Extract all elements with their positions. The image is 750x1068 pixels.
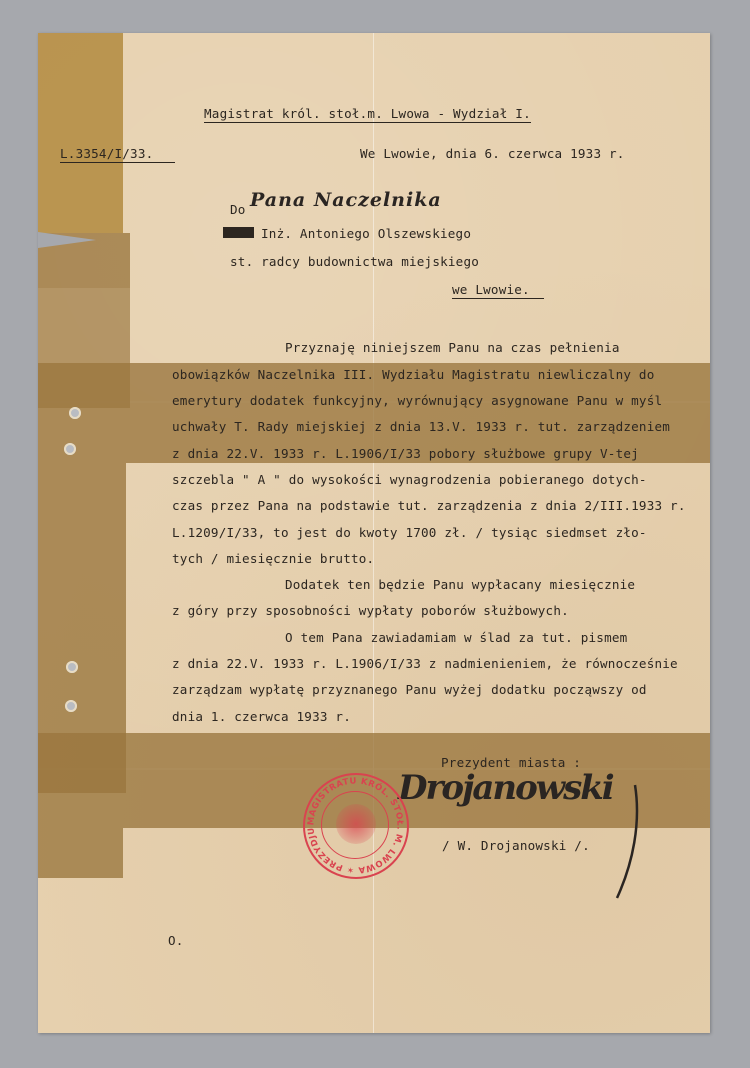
office-header: Magistrat król. stoł.m. Lwowa - Wydział … — [204, 106, 531, 123]
typed-signatory: / W. Drojanowski /. — [442, 838, 590, 853]
paper-tear — [38, 232, 96, 248]
struck-word: Pana — [223, 227, 254, 238]
addressee-position: st. radcy budownictwa miejskiego — [230, 254, 479, 269]
body-line: tych / miesięcznie brutto. — [172, 551, 374, 566]
official-stamp: MAGISTRATU KRÓL. STOŁ. M. LWOWA ✶ PREZYD… — [303, 773, 409, 879]
punch-hole — [65, 700, 77, 712]
body-line: obowiązków Naczelnika III. Wydziału Magi… — [172, 367, 655, 382]
body-line: O tem Pana zawiadamiam w ślad za tut. pi… — [285, 630, 627, 645]
punch-hole — [66, 661, 78, 673]
tape-strip — [38, 828, 123, 878]
punch-hole — [64, 443, 76, 455]
handwritten-title: Pana Naczelnika — [250, 189, 442, 211]
addressee-prefix: Do — [230, 202, 246, 217]
body-line: z dnia 22.V. 1933 r. L.1906/I/33 pobory … — [172, 446, 639, 461]
body-line: z góry przy sposobności wypłaty poborów … — [172, 603, 569, 618]
addressee-name: Inż. Antoniego Olszewskiego — [261, 226, 471, 241]
body-line: szczebla " A " do wysokości wynagrodzeni… — [172, 472, 647, 487]
body-line: Przyznaję niniejszem Panu na czas pełnie… — [285, 340, 620, 355]
body-line: L.1209/I/33, to jest do kwoty 1700 zł. /… — [172, 525, 647, 540]
body-line: czas przez Pana na podstawie tut. zarząd… — [172, 498, 686, 513]
handwritten-signature: Drojanowski — [398, 768, 613, 808]
addressee-city: we Lwowie. — [452, 282, 544, 299]
tape-strip — [38, 33, 123, 233]
body-line: Dodatek ten będzie Panu wypłacany miesię… — [285, 577, 635, 592]
body-line: dnia 1. czerwca 1933 r. — [172, 709, 351, 724]
punch-hole — [69, 407, 81, 419]
footer-mark: O. — [168, 933, 184, 948]
reference-number: L.3354/I/33. — [60, 146, 175, 163]
svg-text:MAGISTRATU KRÓL. STOŁ. M. LWOW: MAGISTRATU KRÓL. STOŁ. M. LWOWA ✶ PREZYD… — [305, 775, 405, 875]
body-line: uchwały T. Rady miejskiej z dnia 13.V. 1… — [172, 419, 670, 434]
body-line: zarządzam wypłatę przyznanego Panu wyżej… — [172, 682, 647, 697]
place-date: We Lwowie, dnia 6. czerwca 1933 r. — [360, 146, 625, 161]
body-line: z dnia 22.V. 1933 r. L.1906/I/33 z nadmi… — [172, 656, 678, 671]
document-paper: Magistrat król. stoł.m. Lwowa - Wydział … — [38, 33, 710, 1033]
signature-tail — [613, 783, 643, 903]
stamp-text: MAGISTRATU KRÓL. STOŁ. M. LWOWA ✶ PREZYD… — [305, 775, 406, 876]
body-line: emerytury dodatek funkcyjny, wyrównujący… — [172, 393, 662, 408]
